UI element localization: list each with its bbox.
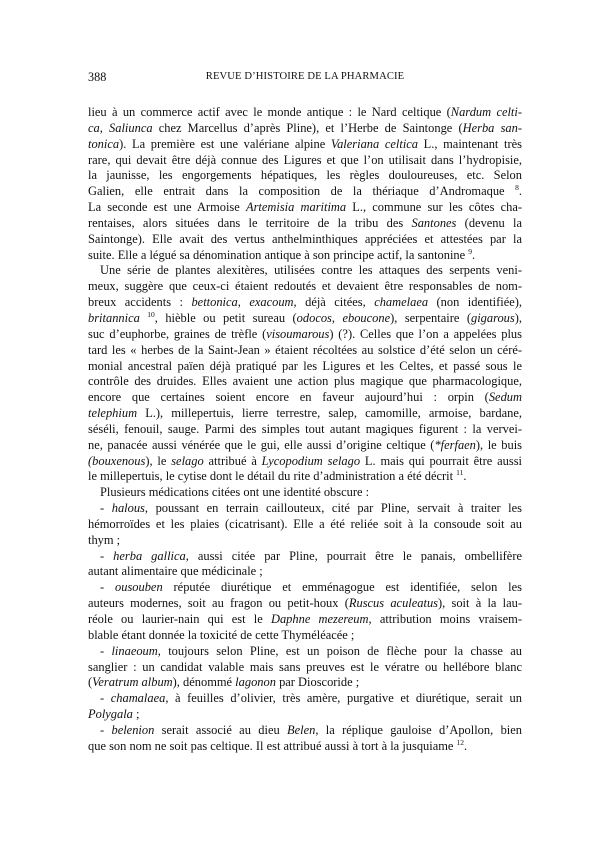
text-run: par Dioscoride ;	[276, 675, 359, 689]
text-run: -	[100, 580, 115, 594]
text-run: (devenu la	[456, 216, 522, 230]
text-line: monial ancestral païen déjà pratiqué par…	[88, 359, 522, 375]
text-run: le millepertuis, le cytise dont le détai…	[88, 469, 456, 483]
text-run: ), le	[145, 454, 171, 468]
text-run: (non identifiée),	[428, 295, 522, 309]
italic-term: chamalaea	[111, 691, 166, 705]
text-line: - linaeoum, toujours selon Pline, est un…	[88, 644, 522, 660]
text-run: .	[464, 739, 467, 753]
text-run: ,	[238, 295, 250, 309]
body-text: lieu à un commerce actif avec le monde a…	[88, 105, 522, 755]
text-run: L. mais qui pourrait être aussi	[360, 454, 522, 468]
italic-term: britannica	[88, 311, 140, 325]
text-line: ca, Saliunca chez Marcellus d’après Plin…	[88, 121, 522, 137]
text-run: hémorroïdes et les plaies (cicatrisant).…	[88, 517, 522, 531]
text-line: suc d’euphorbe, graines de trèfle (visou…	[88, 327, 522, 343]
text-line: - belenion serait associé au dieu Belen,…	[88, 723, 522, 739]
italic-term: (bouxenous	[88, 454, 145, 468]
text-line: - herba gallica, aussi citée par Pline, …	[88, 549, 522, 565]
italic-term: Belen	[287, 723, 315, 737]
text-line: encore que certaines soient encore en fa…	[88, 390, 522, 406]
footnote-ref: 12	[457, 738, 465, 747]
text-line: rare, qui devait être déjà connue des Li…	[88, 153, 522, 169]
text-run: , poussant en terrain caillouteux, cité …	[145, 501, 522, 515]
text-line: Galien, elle entrait dans la composition…	[88, 184, 522, 200]
text-run: suc d’euphorbe, graines de trèfle (	[88, 327, 266, 341]
text-line: réole ou laurier-nain qui est le Daphne …	[88, 612, 522, 628]
journal-page: 388 REVUE D’HISTOIRE DE LA PHARMACIE lie…	[0, 0, 595, 842]
italic-term: selago	[171, 454, 203, 468]
text-line: blable étant donnée la toxicité de cette…	[88, 628, 522, 644]
text-run: ), soit à la lau-	[438, 596, 522, 610]
italic-term: bettonica	[191, 295, 237, 309]
text-run: blable étant donnée la toxicité de cette…	[88, 628, 354, 642]
italic-term: Sedum	[489, 390, 522, 404]
italic-term: Herba san-	[463, 121, 522, 135]
text-line: hémorroïdes et les plaies (cicatrisant).…	[88, 517, 522, 533]
text-run: serait associé au dieu	[154, 723, 287, 737]
text-line: Une série de plantes alexitères, utilisé…	[88, 263, 522, 279]
text-line: que son nom ne soit pas celtique. Il est…	[88, 739, 522, 755]
text-run: breux accidents :	[88, 295, 191, 309]
text-run: ;	[133, 707, 140, 721]
text-line: britannica 10, hièble ou petit sureau (o…	[88, 311, 522, 327]
text-run: La seconde est une Armoise	[88, 200, 246, 214]
text-run: ,	[332, 311, 343, 325]
text-run: séséli, fenouil, sauge. Parmi des simple…	[88, 422, 522, 436]
text-run: -	[100, 501, 112, 515]
italic-term: odocos	[297, 311, 332, 325]
italic-term: Saliunca	[109, 121, 153, 135]
text-line: - halous, poussant en terrain caillouteu…	[88, 501, 522, 517]
text-run: réole ou laurier-nain qui est le	[88, 612, 271, 626]
text-line: thym ;	[88, 533, 522, 549]
italic-term: belenion	[111, 723, 154, 737]
text-line: séséli, fenouil, sauge. Parmi des simple…	[88, 422, 522, 438]
italic-term: *ferfaen	[434, 438, 475, 452]
text-run: ) (?). Celles que l’on a appelées plus	[329, 327, 522, 341]
text-run: Saintonge). Elle avait des vertus anthel…	[88, 232, 522, 246]
text-line: (bouxenous), le selago attribué à Lycopo…	[88, 454, 522, 470]
text-run: aussi citée par Pline, pourrait être le …	[189, 549, 522, 563]
text-run: , hièble ou petit sureau (	[155, 311, 297, 325]
text-run: Une série de plantes alexitères, utilisé…	[100, 263, 522, 277]
italic-term: Polygala	[88, 707, 133, 721]
text-run: -	[100, 644, 111, 658]
text-line: sanglier : un candidat valable mais sans…	[88, 660, 522, 676]
text-run: ne, panacée aussi vénérée que le gui, el…	[88, 438, 434, 452]
italic-term: telephium	[88, 406, 137, 420]
text-run: , attribution moins vraisem-	[369, 612, 522, 626]
text-run: meux, suggère que ceux-ci étaient redout…	[88, 279, 522, 293]
text-run: que son nom ne soit pas celtique. Il est…	[88, 739, 457, 753]
text-line: autant alimentaire que médicinale ;	[88, 564, 522, 580]
text-line: la jaunisse, les engorgements hépatiques…	[88, 168, 522, 184]
italic-term: Artemisia maritima	[246, 200, 346, 214]
text-line: suite. Elle a légué sa dénomination anti…	[88, 248, 522, 264]
italic-term: linaeoum,	[111, 644, 160, 658]
text-line: tonica). La première est une valériane a…	[88, 137, 522, 153]
text-run: Plusieurs médications citées ont une ide…	[100, 485, 369, 499]
text-run: suite. Elle a légué sa dénomination anti…	[88, 248, 468, 262]
text-run: chez Marcellus d’après Pline), et l’Herb…	[153, 121, 463, 135]
text-run: -	[100, 723, 111, 737]
text-run: thym ;	[88, 533, 120, 547]
text-run: , la réplique gauloise d’Apollon, bien	[315, 723, 522, 737]
italic-term: ousouben	[115, 580, 163, 594]
text-run: toujours selon Pline, est un poison de f…	[161, 644, 522, 658]
text-line: - ousouben réputée diurétique et emménag…	[88, 580, 522, 596]
text-line: contrôle des druides. Elles avaient une …	[88, 374, 522, 390]
text-run: ), serpentaire (	[390, 311, 471, 325]
italic-term: ca	[88, 121, 100, 135]
text-run: attribué à	[204, 454, 262, 468]
text-run: -	[100, 549, 113, 563]
italic-term: exacoum,	[249, 295, 296, 309]
text-run: sanglier : un candidat valable mais sans…	[88, 660, 522, 674]
italic-term: Lycopodium selago	[262, 454, 360, 468]
text-line: breux accidents : bettonica, exacoum, dé…	[88, 295, 522, 311]
text-run: lieu à un commerce actif avec le monde a…	[88, 105, 451, 119]
text-run: L.), millepertuis, lierre terrestre, sal…	[137, 406, 522, 420]
text-run: tard les « herbes de la Saint-Jean » éta…	[88, 343, 522, 357]
italic-term: Valeriana celtica	[331, 137, 418, 151]
italic-term: herba gallica,	[113, 549, 189, 563]
text-line: Saintonge). Elle avait des vertus anthel…	[88, 232, 522, 248]
italic-term: Veratrum album	[92, 675, 173, 689]
text-run: , à feuilles d’olivier, très amère, purg…	[165, 691, 522, 705]
text-run: la jaunisse, les engorgements hépatiques…	[88, 168, 522, 182]
text-line: ne, panacée aussi vénérée que le gui, el…	[88, 438, 522, 454]
text-run: ). La première est une valériane alpine	[119, 137, 331, 151]
italic-term: Daphne mezereum	[271, 612, 369, 626]
italic-term: visoumarous	[266, 327, 329, 341]
text-run: ), le buis	[476, 438, 522, 452]
text-line: telephium L.), millepertuis, lierre terr…	[88, 406, 522, 422]
text-line: Plusieurs médications citées ont une ide…	[88, 485, 522, 501]
text-run: autant alimentaire que médicinale ;	[88, 564, 263, 578]
text-run: monial ancestral païen déjà pratiqué par…	[88, 359, 522, 373]
text-run: .	[519, 184, 522, 198]
footnote-ref: 10	[147, 310, 155, 319]
text-run: Galien, elle entrait dans la composition…	[88, 184, 515, 198]
italic-term: halous	[112, 501, 145, 515]
text-run: contrôle des druides. Elles avaient une …	[88, 374, 522, 388]
text-run: rentaises, alors situées dans le territo…	[88, 216, 411, 230]
text-run: L., commune sur les côtes cha-	[346, 200, 522, 214]
text-run: réputée diurétique et emménagogue est id…	[163, 580, 522, 594]
text-run: ,	[100, 121, 109, 135]
text-run: déjà citées,	[297, 295, 375, 309]
text-line: meux, suggère que ceux-ci étaient redout…	[88, 279, 522, 295]
text-line: tard les « herbes de la Saint-Jean » éta…	[88, 343, 522, 359]
text-run: -	[100, 691, 111, 705]
italic-term: eboucone	[342, 311, 390, 325]
text-run: auteurs modernes, soit au fragon ou peti…	[88, 596, 349, 610]
text-run: .	[463, 469, 466, 483]
text-line: (Veratrum album), dénommé lagonon par Di…	[88, 675, 522, 691]
text-line: lieu à un commerce actif avec le monde a…	[88, 105, 522, 121]
text-line: La seconde est une Armoise Artemisia mar…	[88, 200, 522, 216]
italic-term: tonica	[88, 137, 119, 151]
italic-term: Ruscus aculeatus	[349, 596, 438, 610]
running-title: REVUE D’HISTOIRE DE LA PHARMACIE	[88, 70, 522, 82]
text-line: auteurs modernes, soit au fragon ou peti…	[88, 596, 522, 612]
italic-term: lagonon	[235, 675, 276, 689]
italic-term: gigarous	[471, 311, 515, 325]
text-run: encore que certaines soient encore en fa…	[88, 390, 489, 404]
text-run: .	[472, 248, 475, 262]
italic-term: chamelaea	[374, 295, 428, 309]
italic-term: Santones	[411, 216, 456, 230]
text-run: ),	[515, 311, 522, 325]
text-line: rentaises, alors situées dans le territo…	[88, 216, 522, 232]
text-line: - chamalaea, à feuilles d’olivier, très …	[88, 691, 522, 707]
page-header: 388 REVUE D’HISTOIRE DE LA PHARMACIE	[88, 70, 522, 86]
text-line: le millepertuis, le cytise dont le détai…	[88, 469, 522, 485]
text-line: Polygala ;	[88, 707, 522, 723]
text-run: rare, qui devait être déjà connue des Li…	[88, 153, 522, 167]
italic-term: Nardum celti-	[451, 105, 522, 119]
text-run: ), dénommé	[173, 675, 236, 689]
text-run: L., maintenant très	[418, 137, 522, 151]
